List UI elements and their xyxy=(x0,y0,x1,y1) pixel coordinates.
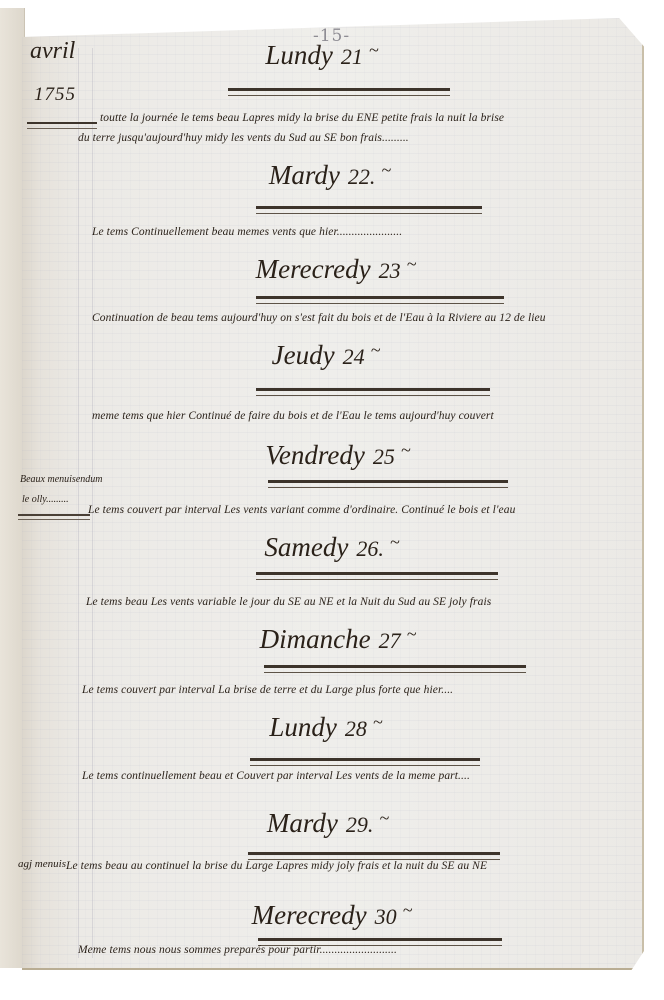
heading-underline xyxy=(264,665,526,673)
entry-line: Continuation de beau tems aujourd'huy on… xyxy=(92,312,546,324)
day-name: Merecredy xyxy=(256,254,371,284)
flourish-icon: ~ xyxy=(390,532,400,552)
day-heading: Jeudy24~ xyxy=(0,340,658,371)
heading-underline xyxy=(256,206,482,214)
entry-line: meme tems que hier Continué de faire du … xyxy=(92,410,494,422)
day-name: Dimanche xyxy=(260,624,371,654)
entry-line: Le tems couvert par interval Les vents v… xyxy=(88,504,515,516)
entry-line: Le tems continuellement beau et Couvert … xyxy=(82,770,470,782)
day-number: 27 xyxy=(379,628,401,653)
day-name: Jeudy xyxy=(272,340,335,370)
day-name: Lundy xyxy=(269,712,337,742)
entry-line: Le tems beau Les vents variable le jour … xyxy=(86,596,491,608)
entry-line: Le tems couvert par interval La brise de… xyxy=(82,684,453,696)
flourish-icon: ~ xyxy=(371,340,381,360)
entry-line: toutte la journée le tems beau Lapres mi… xyxy=(100,112,504,124)
day-heading: Lundy28~ xyxy=(0,712,658,743)
day-heading: Merecredy23~ xyxy=(4,254,664,285)
day-number: 21 xyxy=(341,44,363,69)
margin-note: le olly......... xyxy=(22,494,69,505)
heading-underline xyxy=(250,758,480,766)
day-heading: Merecredy30~ xyxy=(0,900,664,931)
flourish-icon: ~ xyxy=(407,624,417,644)
flourish-icon: ~ xyxy=(401,440,411,460)
day-number: 28 xyxy=(345,716,367,741)
flourish-icon: ~ xyxy=(403,900,413,920)
day-heading: Mardy22.~ xyxy=(0,160,662,191)
flourish-icon: ~ xyxy=(369,40,379,60)
heading-underline xyxy=(256,296,504,304)
day-heading: Vendredy25~ xyxy=(6,440,664,471)
day-name: Vendredy xyxy=(265,440,364,470)
heading-underline xyxy=(248,852,500,860)
heading-underline xyxy=(256,388,490,396)
day-number: 24 xyxy=(343,344,365,369)
entry-line: Le tems Continuellement beau memes vents… xyxy=(92,226,402,238)
flourish-icon: ~ xyxy=(379,808,389,828)
year-label: 1755 xyxy=(34,84,76,106)
day-heading: Lundy21~ xyxy=(0,40,654,71)
margin-note: agj menuis xyxy=(18,858,66,870)
day-number: 30 xyxy=(375,904,397,929)
margin-note: Beaux menuisendum xyxy=(20,474,102,485)
day-name: Merecredy xyxy=(252,900,367,930)
day-number: 29. xyxy=(346,812,374,837)
day-number: 25 xyxy=(373,444,395,469)
heading-underline xyxy=(256,572,498,580)
flourish-icon: ~ xyxy=(373,712,383,732)
day-number: 23 xyxy=(379,258,401,283)
flourish-icon: ~ xyxy=(381,160,391,180)
heading-underline xyxy=(228,88,450,96)
day-heading: Samedy26.~ xyxy=(0,532,664,563)
day-heading: Dimanche27~ xyxy=(6,624,664,655)
heading-underline xyxy=(268,480,508,488)
flourish-icon: ~ xyxy=(407,254,417,274)
day-name: Mardy xyxy=(269,160,340,190)
entry-line: Le tems beau au continuel la brise du La… xyxy=(66,860,487,872)
entry-line: du terre jusqu'aujourd'huy midy les vent… xyxy=(78,132,409,144)
margin-note-underline xyxy=(18,514,90,520)
day-name: Samedy xyxy=(264,532,348,562)
year-underline xyxy=(27,122,97,129)
day-name: Lundy xyxy=(265,40,333,70)
entry-line: Meme tems nous nous sommes preparés pour… xyxy=(78,944,397,956)
day-number: 26. xyxy=(356,536,384,561)
day-number: 22. xyxy=(348,164,376,189)
day-name: Mardy xyxy=(267,808,338,838)
day-heading: Mardy29.~ xyxy=(0,808,660,839)
